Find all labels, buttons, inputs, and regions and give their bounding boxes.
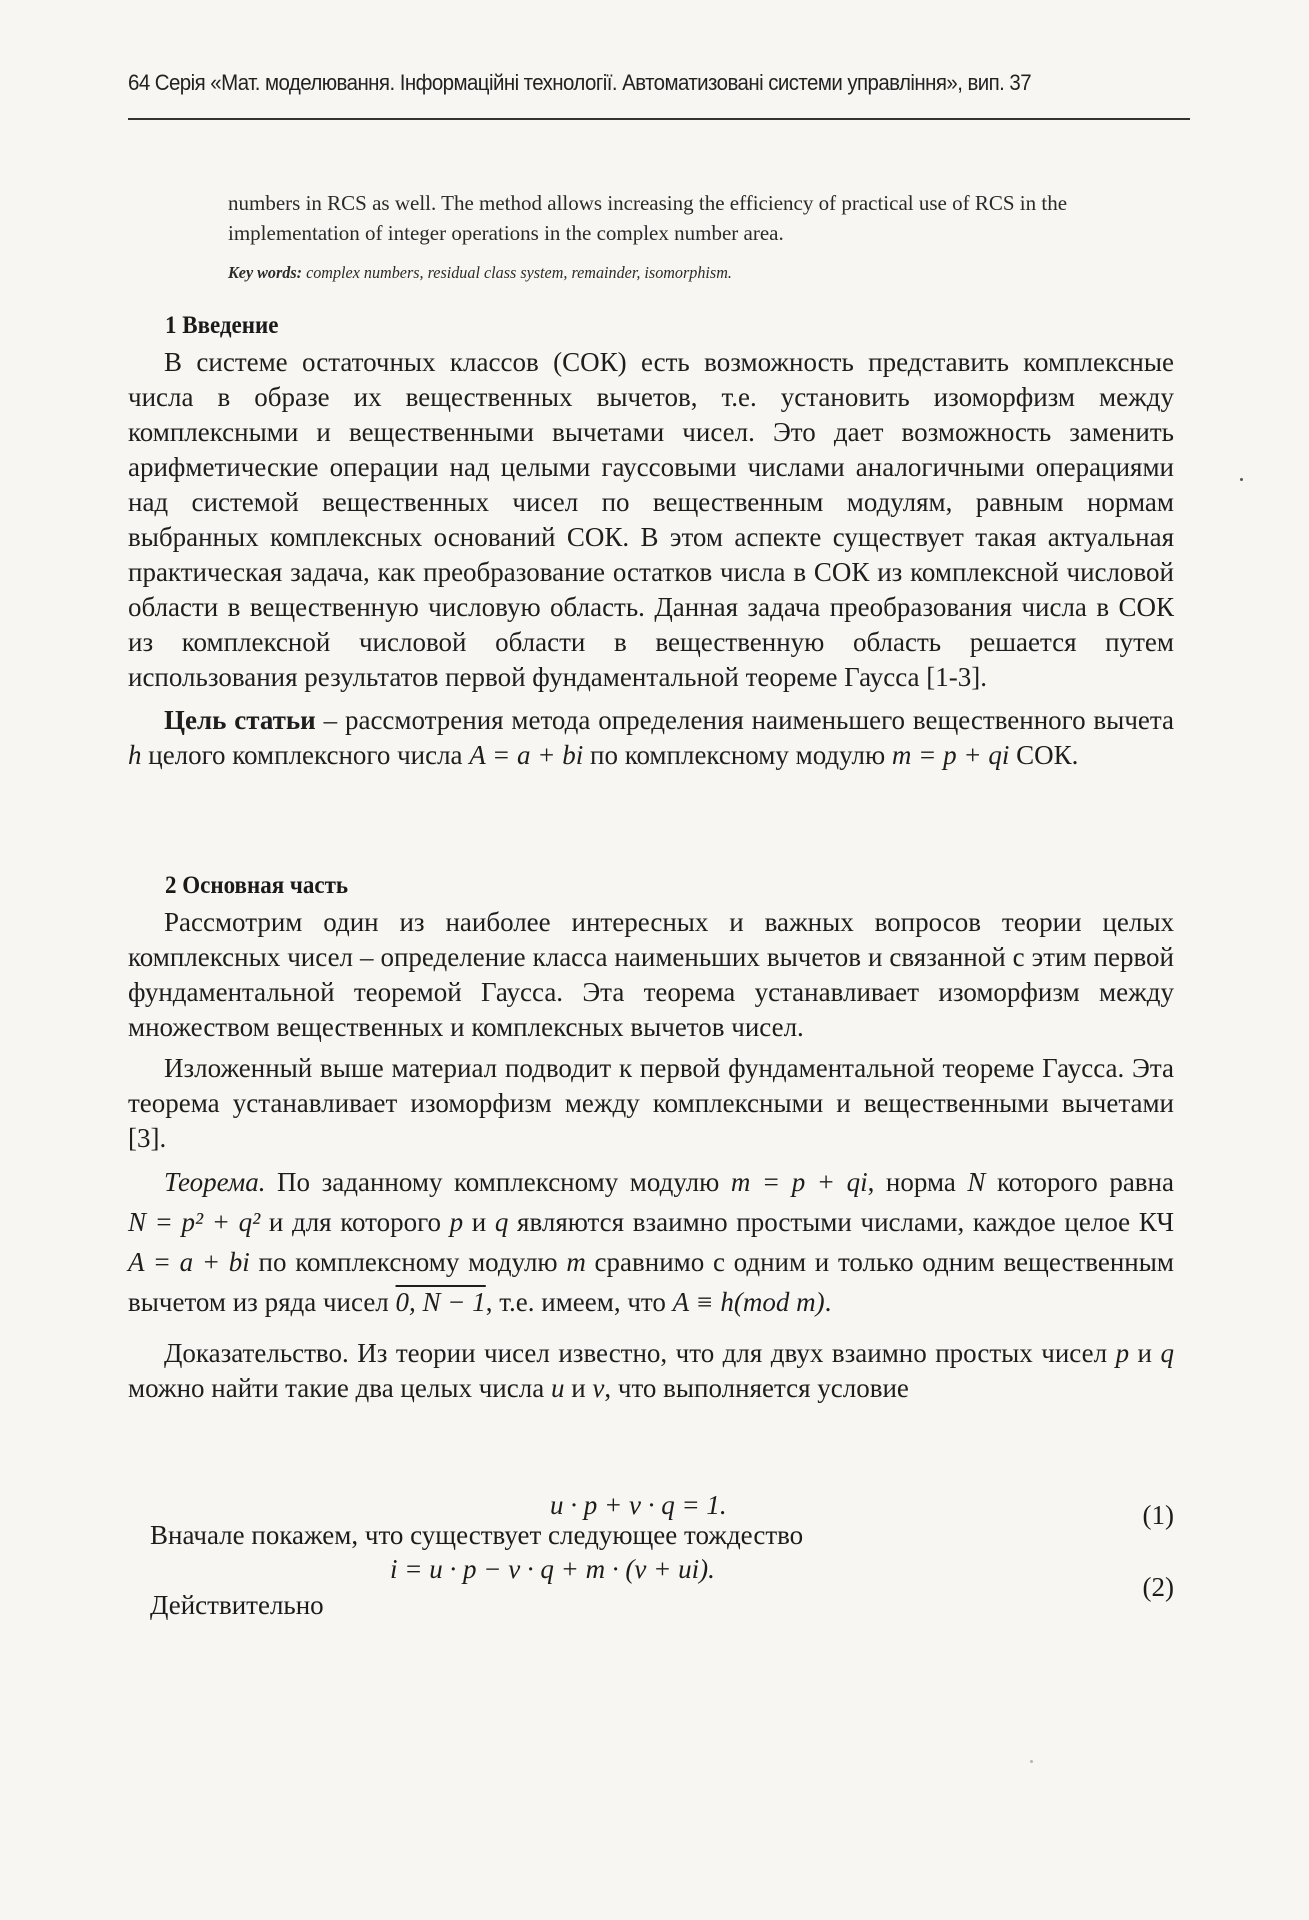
math-v: v: [592, 1373, 604, 1403]
math-q: q: [1161, 1338, 1175, 1368]
equation-2-number: (2): [1143, 1570, 1174, 1605]
theorem-text: и для которого: [260, 1207, 449, 1237]
theorem-text: , норма: [868, 1167, 968, 1197]
math-modulus-m: m = p + qi: [892, 740, 1009, 770]
equation-2-part: · (v + ui).: [605, 1554, 715, 1584]
paper-page: 64 Серія «Мат. моделювання. Інформаційні…: [0, 0, 1309, 1920]
goal-text: по комплексному модулю: [583, 740, 892, 770]
proof-text: и: [1129, 1338, 1160, 1368]
section-title-introduction: 1 Введение: [165, 312, 278, 340]
equation-2-intro: Вначале покажем, что существует следующе…: [150, 1520, 803, 1551]
theorem-text: являются взаимно простыми числами, каждо…: [508, 1207, 1174, 1237]
proof-text: , что выполняется условие: [604, 1373, 909, 1403]
theorem-text: по комплексному модулю: [250, 1247, 567, 1277]
goal-label: Цель статьи: [164, 705, 316, 735]
keywords: Key words: complex numbers, residual cla…: [228, 258, 1055, 288]
keywords-label: Key words:: [228, 263, 302, 282]
equation-2-formula: i = u · p − v · q + m · (v + ui).: [390, 1552, 715, 1587]
equation-2-part: i = u · p − v · q +: [390, 1554, 586, 1584]
proof-paragraph: Доказательство. Из теории чисел известно…: [128, 1336, 1174, 1406]
math-u: u: [551, 1373, 565, 1403]
theorem-text: , т.е. имеем, что: [486, 1287, 673, 1317]
equation-2: i = u · p − v · q + m · (v + ui). (2): [128, 1552, 1174, 1592]
header-rule: [128, 118, 1190, 120]
math-m: m: [586, 1554, 606, 1584]
scan-speck: [1030, 1760, 1033, 1763]
math-N: N: [967, 1167, 985, 1197]
theorem-text: По заданному комплексному модулю: [265, 1167, 730, 1197]
section-title-main-part: 2 Основная часть: [165, 872, 348, 900]
goal-paragraph: Цель статьи – рассмотрения метода опреде…: [128, 703, 1174, 773]
abstract-continuation: numbers in RCS as well. The method allow…: [228, 188, 1098, 248]
equation-1-formula: u · p + v · q = 1.: [550, 1488, 727, 1523]
keywords-text: complex numbers, residual class system, …: [302, 263, 732, 282]
main-part-body: Рассмотрим один из наиболее интересных и…: [128, 905, 1174, 1406]
equation-1-number: (1): [1143, 1498, 1174, 1533]
main-paragraph-1: Рассмотрим один из наиболее интересных и…: [128, 905, 1174, 1045]
proof-text: Доказательство. Из теории чисел известно…: [164, 1338, 1116, 1368]
math-q: q: [495, 1207, 509, 1237]
math-m: m: [566, 1247, 586, 1277]
main-paragraph-2: Изложенный выше материал подводит к перв…: [128, 1051, 1174, 1156]
math-p: p: [1116, 1338, 1130, 1368]
abstract-block: numbers in RCS as well. The method allow…: [228, 188, 1098, 288]
math-complex-number-A: A = a + bi: [469, 740, 583, 770]
proof-text: и: [564, 1373, 592, 1403]
closing-word: Действительно: [150, 1590, 324, 1621]
running-head: 64 Серія «Мат. моделювання. Інформаційні…: [128, 70, 1116, 96]
theorem-text: .: [825, 1287, 832, 1317]
math-h: h: [128, 740, 142, 770]
theorem-text: которого равна: [985, 1167, 1174, 1197]
math-p: p: [450, 1207, 464, 1237]
introduction-body: В системе остаточных классов (СОК) есть …: [128, 345, 1174, 773]
proof-text: можно найти такие два целых числа: [128, 1373, 551, 1403]
introduction-paragraph: В системе остаточных классов (СОК) есть …: [128, 345, 1174, 695]
goal-text: СОК.: [1009, 740, 1078, 770]
math-complex-number-A: A = a + bi: [128, 1247, 250, 1277]
theorem-text: и: [463, 1207, 495, 1237]
math-congruence: A ≡ h(mod m): [673, 1287, 825, 1317]
math-modulus-m: m = p + qi: [731, 1167, 868, 1197]
math-range: 0, N − 1: [396, 1287, 486, 1317]
goal-text: – рассмотрения метода определения наимен…: [316, 705, 1174, 735]
math-norm: N = p² + q²: [128, 1207, 260, 1237]
goal-text: целого комплексного числа: [142, 740, 470, 770]
theorem-label: Теорема.: [164, 1167, 265, 1197]
theorem-paragraph: Теорема. По заданному комплексному модул…: [128, 1162, 1174, 1322]
scan-speck: [1240, 478, 1243, 481]
